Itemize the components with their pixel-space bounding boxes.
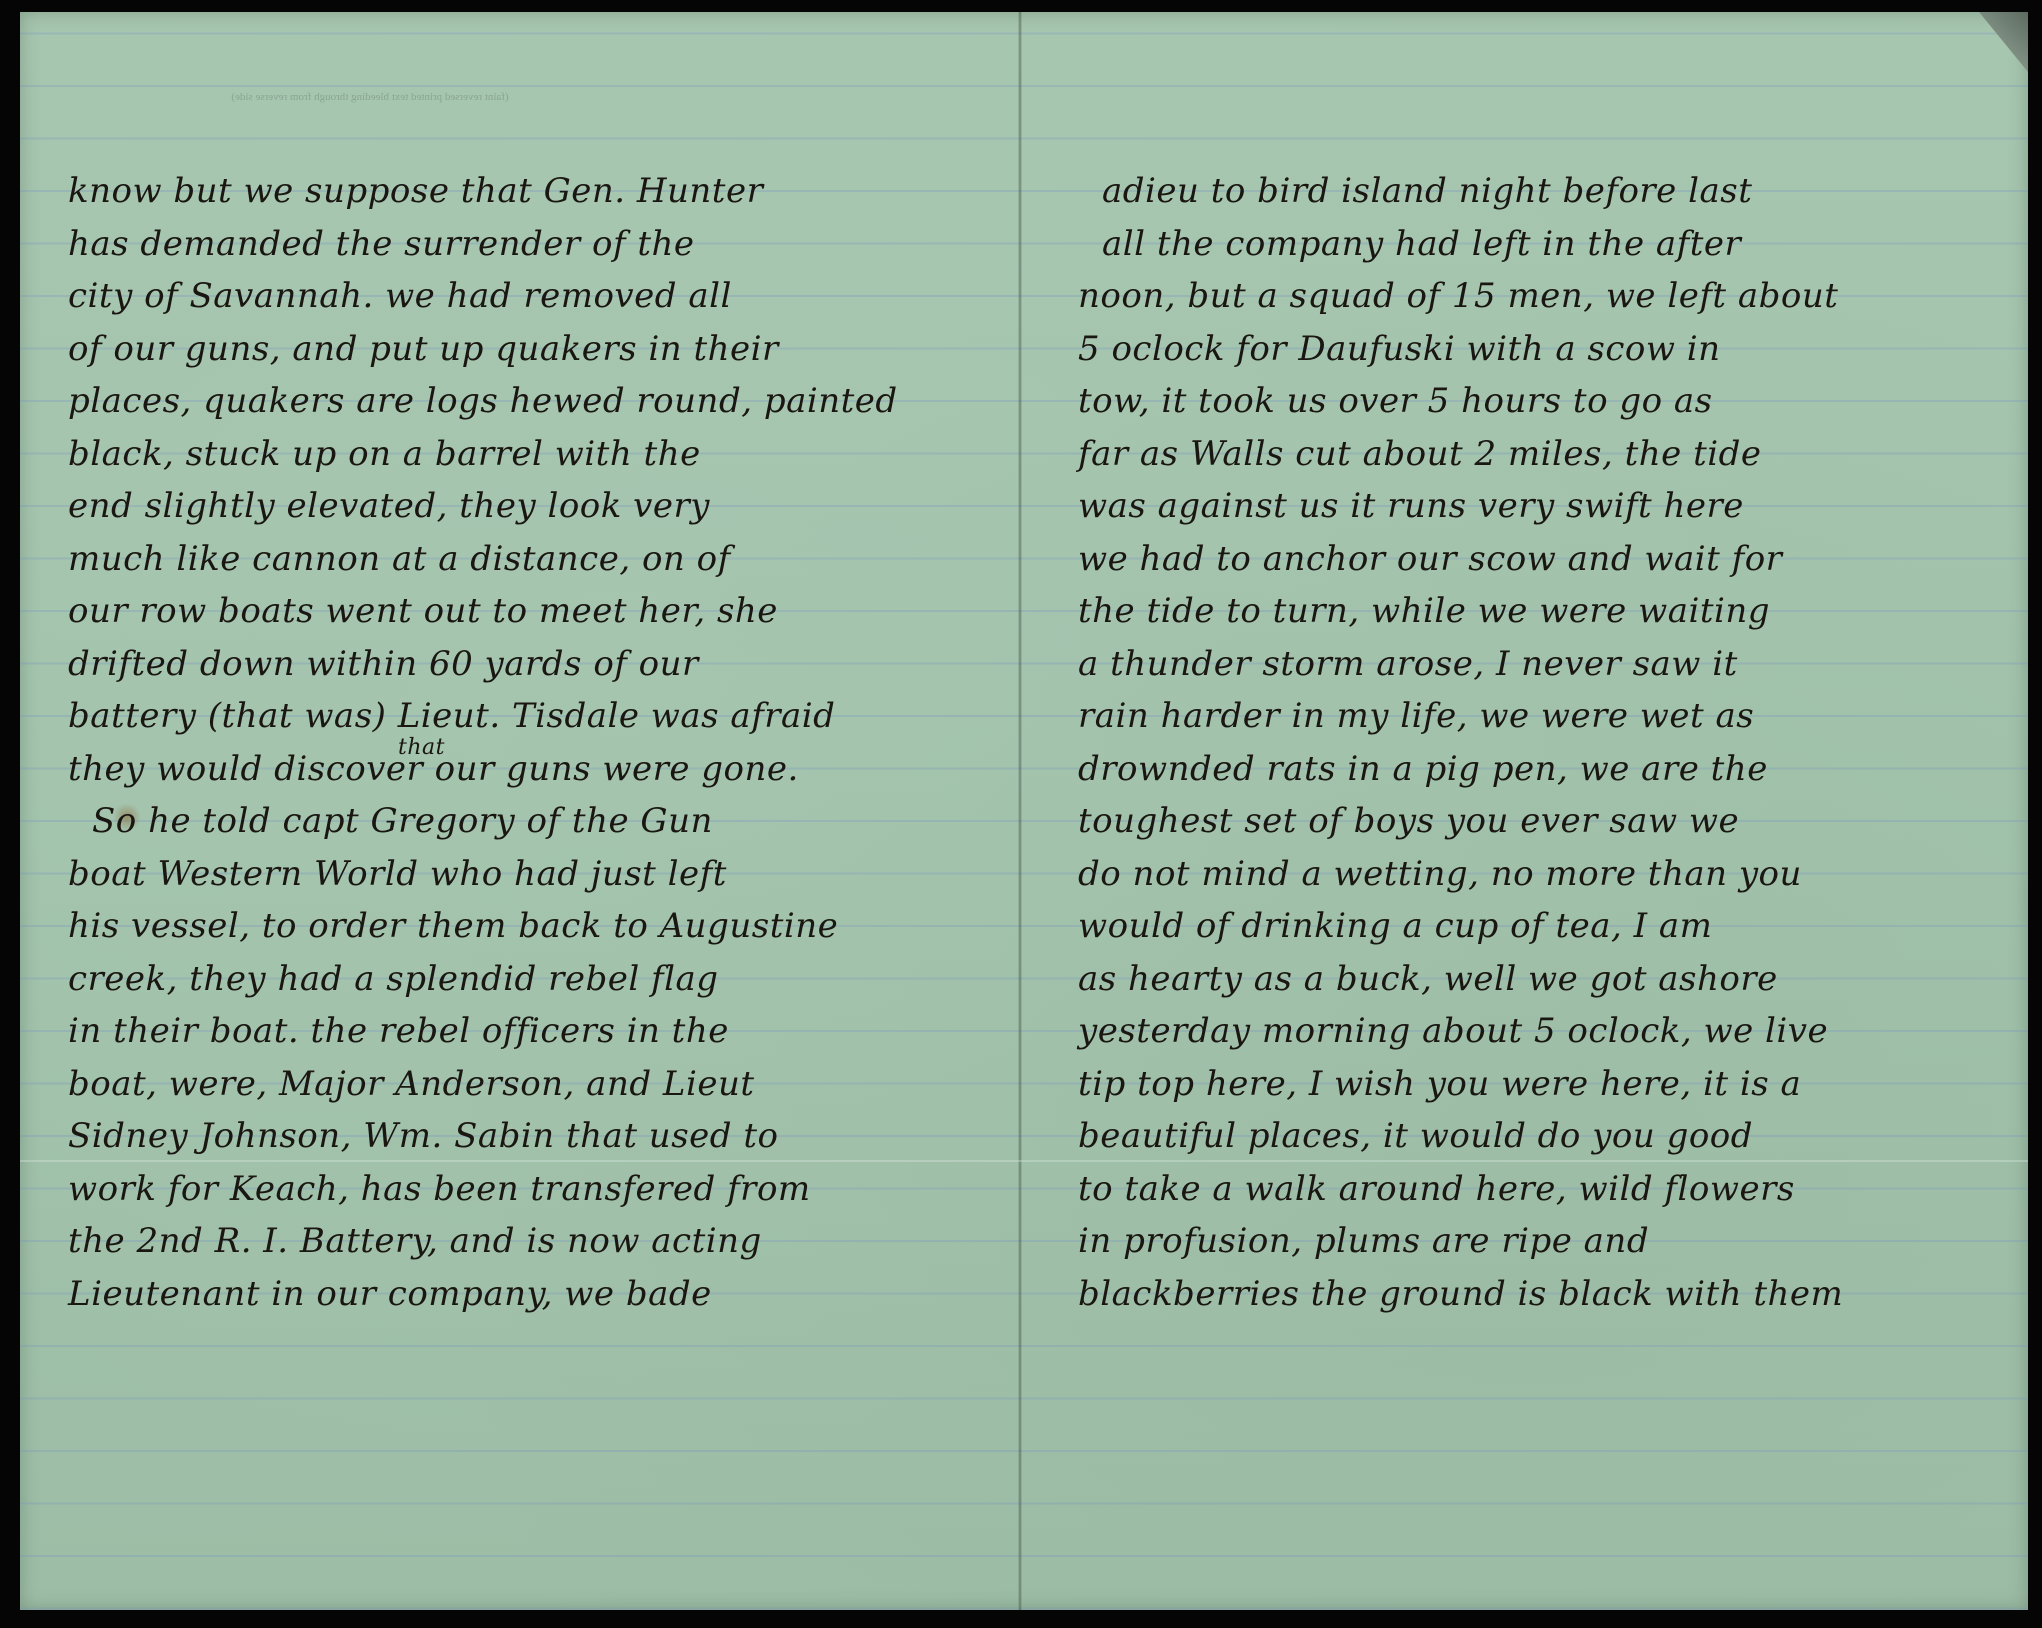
letter-sheet: (faint reversed printed text bleeding th… [20, 12, 2028, 1610]
handwritten-line: toughest set of boys you ever saw we [1078, 795, 2028, 848]
handwritten-line: tip top here, I wish you were here, it i… [1078, 1058, 2028, 1111]
handwritten-line: noon, but a squad of 15 men, we left abo… [1078, 270, 2028, 323]
handwritten-line: yesterday morning about 5 oclock, we liv… [1078, 1005, 2028, 1058]
right-page: adieu to bird island night before last a… [1078, 165, 2028, 1320]
scan-background: (faint reversed printed text bleeding th… [0, 0, 2042, 1628]
handwritten-line: So he told capt Gregory of the Gun [68, 795, 1018, 848]
handwritten-line: adieu to bird island night before last [1078, 165, 2028, 218]
handwritten-line: boat Western World who had just left [68, 848, 1018, 901]
handwritten-line: in profusion, plums are ripe and [1078, 1215, 2028, 1268]
insertion-above-line: that [398, 737, 445, 759]
handwritten-line: boat, were, Major Anderson, and Lieut [68, 1058, 1018, 1111]
handwritten-line: work for Keach, has been transfered from [68, 1163, 1018, 1216]
handwritten-line: has demanded the surrender of the [68, 218, 1018, 271]
handwritten-line: far as Walls cut about 2 miles, the tide [1078, 428, 2028, 481]
handwritten-line-with-insertion: that they would discover our guns were g… [68, 743, 1018, 796]
handwritten-line: black, stuck up on a barrel with the [68, 428, 1018, 481]
handwritten-line: do not mind a wetting, no more than you [1078, 848, 2028, 901]
handwritten-line: as hearty as a buck, well we got ashore [1078, 953, 2028, 1006]
handwritten-line: Sidney Johnson, Wm. Sabin that used to [68, 1110, 1018, 1163]
handwritten-line: all the company had left in the after [1078, 218, 2028, 271]
handwritten-line: blackberries the ground is black with th… [1078, 1268, 2028, 1321]
handwritten-line: city of Savannah. we had removed all [68, 270, 1018, 323]
handwritten-line: a thunder storm arose, I never saw it [1078, 638, 2028, 691]
handwritten-line: in their boat. the rebel officers in the [68, 1005, 1018, 1058]
handwritten-line: was against us it runs very swift here [1078, 480, 2028, 533]
handwritten-line: our row boats went out to meet her, she [68, 585, 1018, 638]
handwritten-line: battery (that was) Lieut. Tisdale was af… [68, 690, 1018, 743]
bleed-through-line: (faint reversed printed text bleeding th… [130, 86, 610, 108]
handwritten-line: to take a walk around here, wild flowers [1078, 1163, 2028, 1216]
handwritten-line: end slightly elevated, they look very [68, 480, 1018, 533]
handwritten-line: drownded rats in a pig pen, we are the [1078, 743, 2028, 796]
handwritten-line: rain harder in my life, we were wet as [1078, 690, 2028, 743]
handwritten-line: of our guns, and put up quakers in their [68, 323, 1018, 376]
center-fold [1018, 12, 1022, 1610]
handwritten-line: the tide to turn, while we were waiting [1078, 585, 2028, 638]
handwritten-line: the 2nd R. I. Battery, and is now acting [68, 1215, 1018, 1268]
handwritten-line: would of drinking a cup of tea, I am [1078, 900, 2028, 953]
handwritten-line: 5 oclock for Daufuski with a scow in [1078, 323, 2028, 376]
handwritten-line: creek, they had a splendid rebel flag [68, 953, 1018, 1006]
handwritten-line: places, quakers are logs hewed round, pa… [68, 375, 1018, 428]
handwritten-line: Lieutenant in our company, we bade [68, 1268, 1018, 1321]
handwritten-line: much like cannon at a distance, on of [68, 533, 1018, 586]
handwritten-line: his vessel, to order them back to August… [68, 900, 1018, 953]
handwritten-line: tow, it took us over 5 hours to go as [1078, 375, 2028, 428]
handwritten-line: beautiful places, it would do you good [1078, 1110, 2028, 1163]
left-page: know but we suppose that Gen. Hunter has… [68, 165, 1018, 1320]
bleed-through-text: (faint reversed printed text bleeding th… [130, 86, 610, 108]
handwritten-line: know but we suppose that Gen. Hunter [68, 165, 1018, 218]
handwritten-line: drifted down within 60 yards of our [68, 638, 1018, 691]
handwritten-line: we had to anchor our scow and wait for [1078, 533, 2028, 586]
